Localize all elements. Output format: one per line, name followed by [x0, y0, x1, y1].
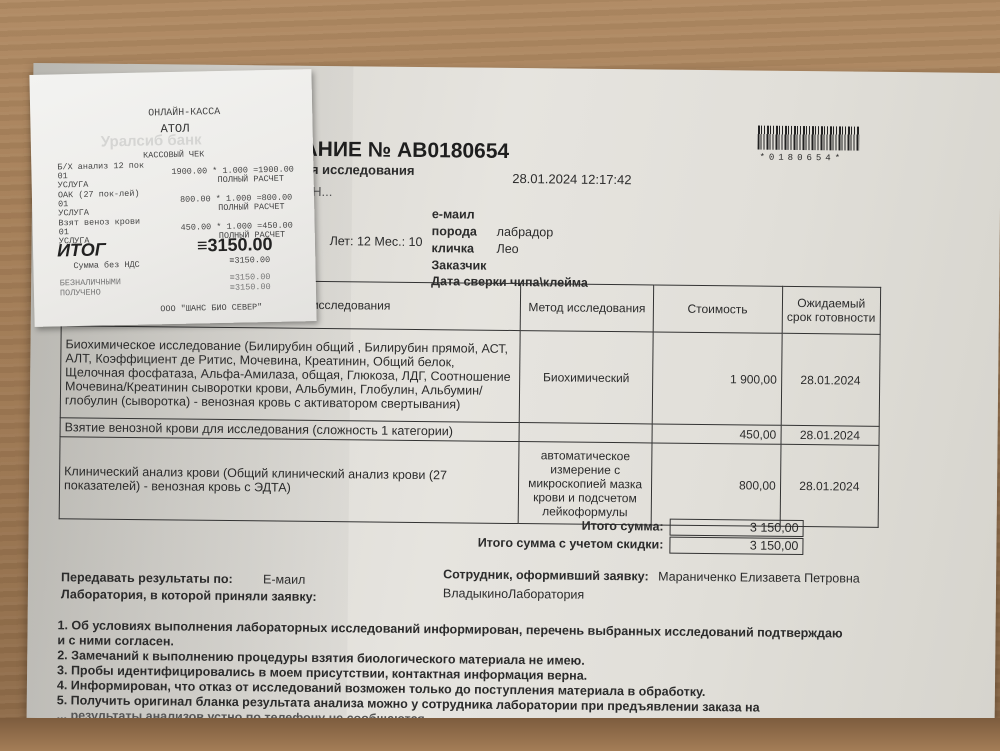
service-price: 450,00	[652, 424, 781, 444]
pet-name-label: кличка	[431, 241, 474, 255]
service-method	[519, 423, 651, 443]
employee-value: Мараниченко Елизавета Петровна	[658, 570, 860, 586]
receipt-vat-value: ≡3150.00	[229, 255, 270, 266]
service-date: 28.01.2024	[781, 425, 880, 445]
receipt-company: ООО "ШАНС БИО СЕВЕР"	[160, 302, 262, 314]
receipt-doc-type: КАССОВЫЙ ЧЕК	[143, 149, 204, 160]
receipt-item-mode: ПОЛНЫЙ РАСЧЕТ	[218, 202, 285, 213]
header-ready-date: Ожидаемый срок готовности	[782, 286, 881, 334]
receipt-vat-label: Сумма без НДС	[73, 260, 140, 271]
discount-total-value: 3 150,00	[669, 536, 803, 554]
barcode-number: *0180654*	[759, 153, 844, 164]
service-date: 28.01.2024	[781, 333, 880, 426]
barcode	[758, 126, 860, 151]
total-value: 3 150,00	[670, 518, 804, 536]
conditions-list: 1. Об условиях выполнения лабораторных и…	[57, 618, 843, 731]
receipt-item-type: УСЛУГА	[58, 208, 89, 219]
lab-value: ВладыкиноЛаборатория	[443, 586, 584, 601]
receipt-total-label: ИТОГ	[57, 239, 106, 261]
results-delivery-value: Е-маил	[263, 572, 305, 586]
service-method: Биохимический	[520, 331, 653, 424]
total-label: Итого сумма:	[449, 517, 670, 533]
discount-total-label: Итого сумма с учетом скидки:	[448, 535, 669, 551]
receipt-item-name: ОАК (27 пок-лей)	[58, 189, 140, 201]
receipt-header-online: ОНЛАЙН-КАССА	[148, 107, 220, 120]
receipt-cashless-label: БЕЗНАЛИЧНЫМИ	[60, 277, 121, 288]
bank-logo: Уралсиб банк	[101, 131, 202, 150]
lab-label: Лаборатория, в которой приняли заявку:	[61, 587, 317, 604]
breed-label: порода	[432, 224, 477, 238]
document-title: АНИЕ № АВ0180654	[302, 138, 509, 164]
receipt-received-value: ≡3150.00	[230, 282, 271, 293]
header-method: Метод исследования	[521, 284, 654, 332]
service-price: 800,00	[651, 443, 781, 526]
receipt-item-name: Взят веноз крови	[58, 217, 140, 229]
table-edge-bottom	[0, 718, 1000, 751]
employee-label: Сотрудник, оформивший заявку:	[443, 567, 649, 583]
service-name: Биохимическое исследование (Билирубин об…	[60, 326, 520, 423]
order-datetime: 28.01.2024 12:17:42	[512, 171, 631, 187]
email-label: е-маил	[432, 207, 475, 221]
receipt-total-value: ≡3150.00	[197, 234, 273, 257]
receipt-item-type: УСЛУГА	[58, 180, 89, 191]
totals-block: Итого сумма: 3 150,00 Итого сумма с учет…	[448, 515, 803, 555]
cash-receipt: ОНЛАЙН-КАССА АТОЛ Уралсиб банк КАССОВЫЙ …	[29, 69, 316, 327]
customer-label: Заказчик	[431, 258, 486, 273]
breed-value: лабрадор	[497, 225, 554, 240]
header-price: Стоимость	[653, 285, 783, 333]
service-method: автоматическое измерение с микроскопией …	[519, 442, 652, 525]
receipt-item-name: Б/Х анализ 12 пок	[57, 161, 144, 173]
receipt-item-mode: ПОЛНЫЙ РАСЧЕТ	[218, 174, 285, 185]
receipt-received-label: ПОЛУЧЕНО	[60, 288, 101, 299]
results-delivery-label: Передавать результаты по:	[61, 570, 233, 586]
patient-age: Лет: 12 Мес.: 10	[330, 234, 423, 249]
table-row: Биохимическое исследование (Билирубин об…	[60, 326, 880, 427]
service-date: 28.01.2024	[780, 444, 879, 527]
service-price: 1 900,00	[652, 332, 782, 425]
pet-name-value: Лео	[496, 242, 518, 256]
service-name: Клинический анализ крови (Общий клиничес…	[59, 437, 519, 524]
table-row: Клинический анализ крови (Общий клиничес…	[59, 437, 879, 528]
